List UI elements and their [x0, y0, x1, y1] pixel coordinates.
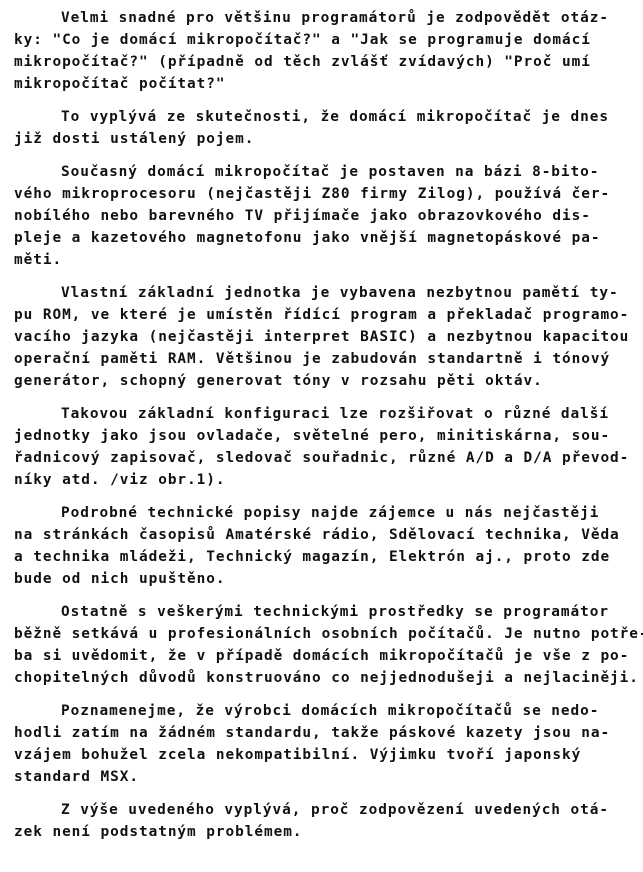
text-line: mikropočítač počítat?" — [14, 73, 639, 95]
text-line: vého mikroprocesoru (nejčastěji Z80 firm… — [14, 183, 639, 205]
text-line: hodli zatím na žádném standardu, takže p… — [14, 722, 639, 744]
paragraph-first-line: To vyplývá ze skutečnosti, že domácí mik… — [14, 106, 639, 128]
paragraph: Poznamenejme, že výrobci domácích mikrop… — [14, 700, 639, 788]
text-line: jednotky jako jsou ovladače, světelné pe… — [14, 425, 639, 447]
text-line: vzájem bohužel zcela nekompatibilní. Výj… — [14, 744, 639, 766]
paragraph-first-line: Z výše uvedeného vyplývá, proč zodpověze… — [14, 799, 639, 821]
paragraph: Vlastní základní jednotka je vybavena ne… — [14, 282, 639, 392]
paragraph: To vyplývá ze skutečnosti, že domácí mik… — [14, 106, 639, 150]
text-line: pu ROM, ve které je umístěn řídící progr… — [14, 304, 639, 326]
paragraph-first-line: Velmi snadné pro většinu programátorů je… — [14, 7, 639, 29]
text-line: již dosti ustálený pojem. — [14, 128, 639, 150]
text-line: mikropočítač?" (případně od těch zvlášť … — [14, 51, 639, 73]
text-line: ky: "Co je domácí mikropočítač?" a "Jak … — [14, 29, 639, 51]
paragraph-first-line: Současný domácí mikropočítač je postaven… — [14, 161, 639, 183]
paragraph-first-line: Ostatně s veškerými technickými prostřed… — [14, 601, 639, 623]
paragraph-first-line: Vlastní základní jednotka je vybavena ne… — [14, 282, 639, 304]
text-line: měti. — [14, 249, 639, 271]
paragraph: Ostatně s veškerými technickými prostřed… — [14, 601, 639, 689]
text-line: řadnicový zapisovač, sledovač souřadnic,… — [14, 447, 639, 469]
typewritten-document: Velmi snadné pro většinu programátorů je… — [14, 7, 639, 854]
text-line: zek není podstatným problémem. — [14, 821, 639, 843]
paragraph-first-line: Takovou základní konfiguraci lze rozšiřo… — [14, 403, 639, 425]
paragraph-first-line: Poznamenejme, že výrobci domácích mikrop… — [14, 700, 639, 722]
text-line: na stránkách časopisů Amatérské rádio, S… — [14, 524, 639, 546]
text-line: běžně setkává u profesionálních osobních… — [14, 623, 639, 645]
text-line: generátor, schopný generovat tóny v rozs… — [14, 370, 639, 392]
text-line: bude od nich upuštěno. — [14, 568, 639, 590]
paragraph: Takovou základní konfiguraci lze rozšiřo… — [14, 403, 639, 491]
text-line: pleje a kazetového magnetofonu jako vněj… — [14, 227, 639, 249]
paragraph: Z výše uvedeného vyplývá, proč zodpověze… — [14, 799, 639, 843]
text-line: a technika mládeži, Technický magazín, E… — [14, 546, 639, 568]
paragraph: Velmi snadné pro většinu programátorů je… — [14, 7, 639, 95]
paragraph: Současný domácí mikropočítač je postaven… — [14, 161, 639, 271]
text-line: chopitelných důvodů konstruováno co nejj… — [14, 667, 639, 689]
text-line: níky atd. /viz obr.1). — [14, 469, 639, 491]
text-line: operační paměti RAM. Většinou je zabudov… — [14, 348, 639, 370]
paragraph-first-line: Podrobné technické popisy najde zájemce … — [14, 502, 639, 524]
text-line: nobílého nebo barevného TV přijímače jak… — [14, 205, 639, 227]
paragraph: Podrobné technické popisy najde zájemce … — [14, 502, 639, 590]
text-line: vacího jazyka (nejčastěji interpret BASI… — [14, 326, 639, 348]
scanned-page: Velmi snadné pro většinu programátorů je… — [0, 0, 643, 872]
text-line: ba si uvědomit, že v případě domácích mi… — [14, 645, 639, 667]
text-line: standard MSX. — [14, 766, 639, 788]
